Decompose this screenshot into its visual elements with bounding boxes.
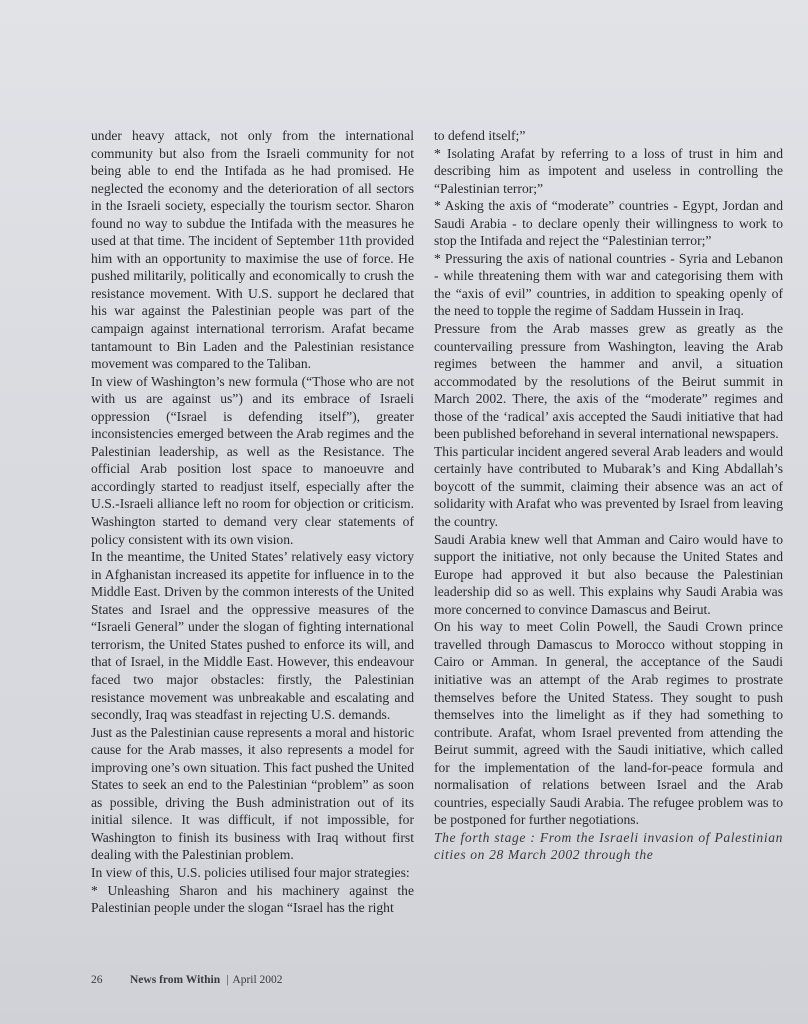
paragraph: On his way to meet Colin Powell, the Sau… (434, 618, 783, 829)
bullet-item: * Pressuring the axis of national countr… (434, 250, 783, 320)
paragraph: Pressure from the Arab masses grew as gr… (434, 320, 783, 443)
left-column: under heavy attack, not only from the in… (91, 127, 414, 917)
page-footer: 26 News from Within | April 2002 (91, 974, 283, 986)
bullet-item: * Isolating Arafat by referring to a los… (434, 145, 783, 198)
section-heading: The forth stage : From the Israeli invas… (434, 829, 783, 864)
right-column: to defend itself;” * Isolating Arafat by… (434, 127, 783, 864)
paragraph: In the meantime, the United States’ rela… (91, 548, 414, 723)
paragraph: This particular incident angered several… (434, 443, 783, 531)
paragraph: under heavy attack, not only from the in… (91, 127, 414, 373)
issue-date: April 2002 (232, 974, 282, 986)
paragraph: to defend itself;” (434, 127, 783, 145)
paragraph: In view of Washington’s new formula (“Th… (91, 373, 414, 548)
bullet-item: * Asking the axis of “moderate” countrie… (434, 197, 783, 250)
paragraph: Saudi Arabia knew well that Amman and Ca… (434, 531, 783, 619)
paragraph: In view of this, U.S. policies utilised … (91, 864, 414, 882)
bullet-item: * Unleashing Sharon and his machinery ag… (91, 882, 414, 917)
paragraph: Just as the Palestinian cause represents… (91, 724, 414, 864)
footer-separator: | (226, 974, 228, 986)
magazine-page: under heavy attack, not only from the in… (0, 0, 808, 1024)
page-number: 26 (91, 974, 130, 986)
publication-name: News from Within (130, 974, 220, 986)
